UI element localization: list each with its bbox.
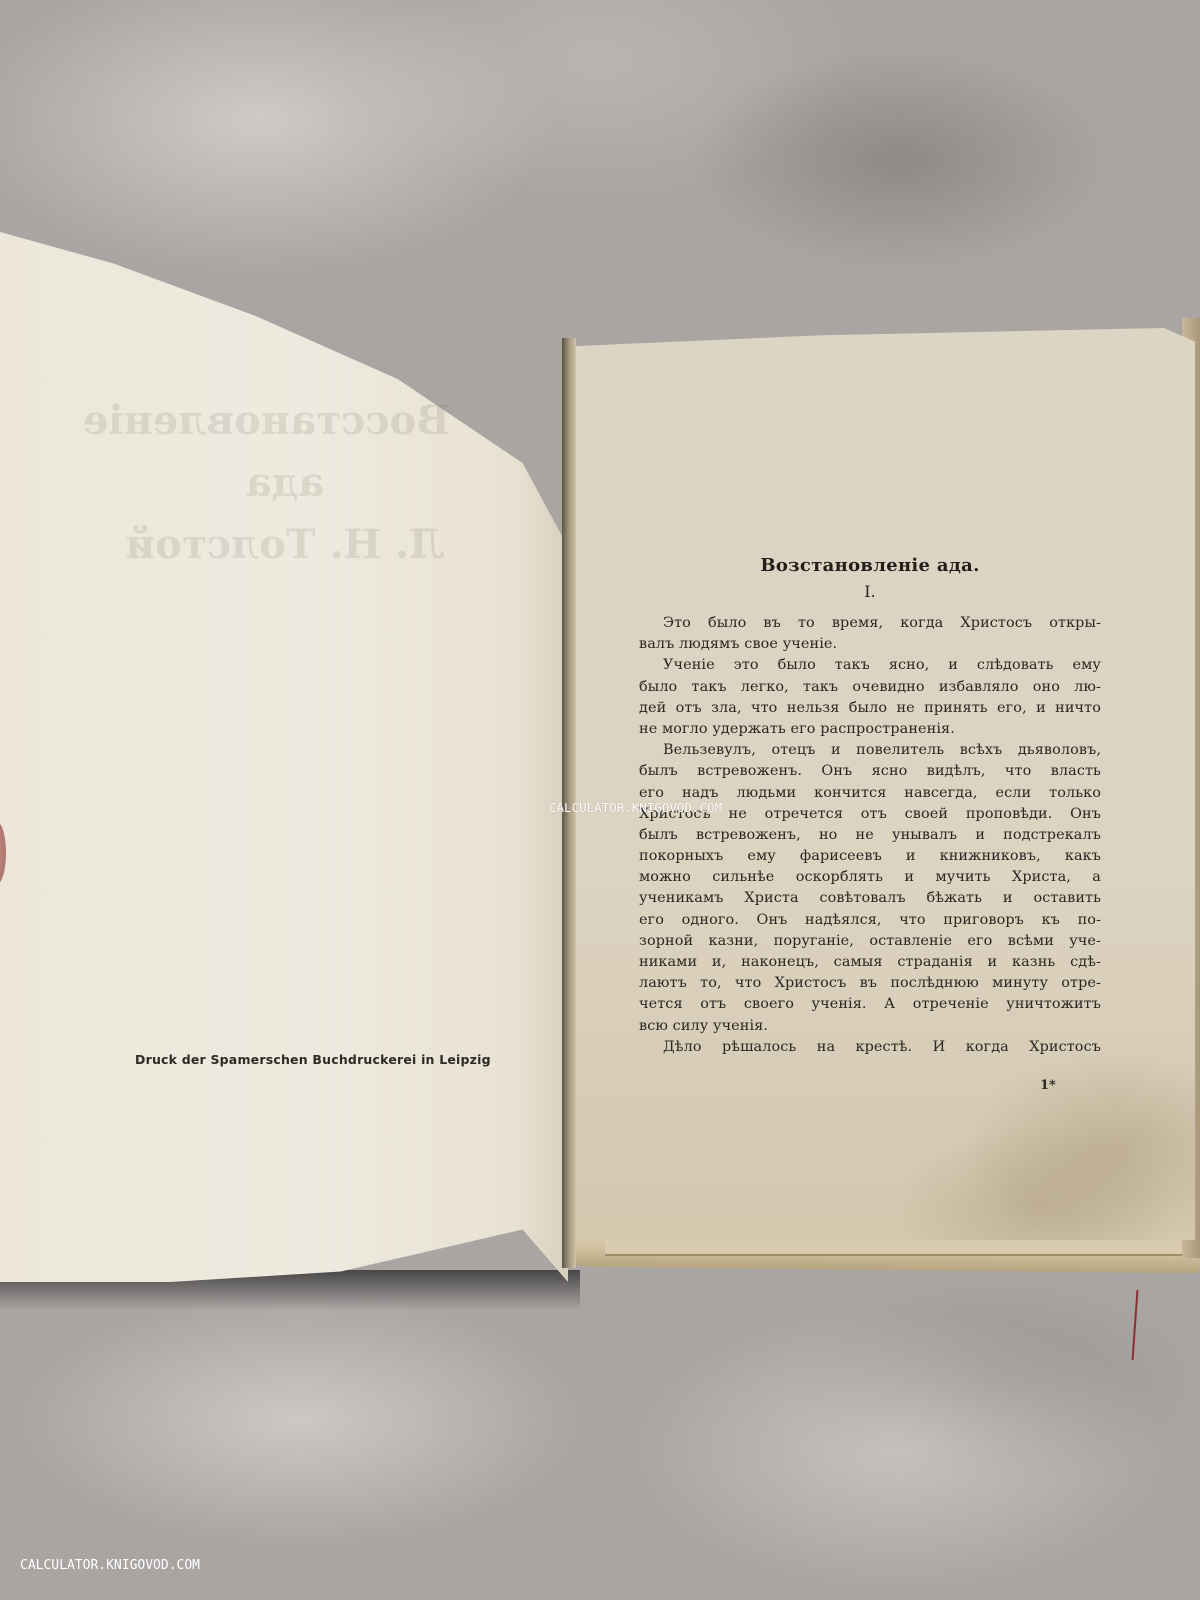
text-line: всю силу ученiя. — [639, 1016, 1101, 1037]
text-line: было такъ легко, такъ очевидно избавляло… — [639, 677, 1101, 698]
text-line: Это было въ то время, когда Христосъ отк… — [639, 613, 1101, 634]
text-line: валъ людямъ свое ученiе. — [639, 634, 1101, 655]
text-line: никами и, наконецъ, самыя страданiя и ка… — [639, 952, 1101, 973]
left-page — [0, 232, 568, 1282]
text-line: Вельзевулъ, отецъ и повелитель всѣхъ дья… — [639, 740, 1101, 761]
text-line: былъ встревоженъ. Онъ ясно видѣлъ, что в… — [639, 761, 1101, 782]
text-line: былъ встревоженъ, но не унывалъ и подстр… — [639, 825, 1101, 846]
loose-sheet — [605, 1240, 1200, 1256]
printer-imprint: Druck der Spamerschen Buchdruckerei in L… — [135, 1052, 465, 1067]
text-line: ученикамъ Христа совѣтовалъ бѣжать и ост… — [639, 888, 1101, 909]
text-line: дей отъ зла, что нельзя было не принять … — [639, 698, 1101, 719]
watermark-bottom: CALCULATOR.KNIGOVOD.COM — [20, 1558, 200, 1573]
text-line: его одного. Онъ надѣялся, что приговоръ … — [639, 910, 1101, 931]
text-line: зорной казни, поруганiе, оставленiе его … — [639, 931, 1101, 952]
text-line: Ученiе это было такъ ясно, и слѣдовать е… — [639, 655, 1101, 676]
text-line: можно сильнѣе оскорблять и мучить Христа… — [639, 867, 1101, 888]
watermark-center: CALCULATOR.KNIGOVOD.COM — [549, 800, 722, 815]
section-number: I. — [639, 582, 1101, 601]
chapter-title: Возстановленiе ада. — [639, 555, 1101, 576]
text-line: покорныхъ ему фарисеевъ и книжниковъ, ка… — [639, 846, 1101, 867]
page-signature: 1* — [1040, 1078, 1056, 1093]
text-line: лаютъ то, что Христосъ въ послѣднюю мину… — [639, 973, 1101, 994]
text-line: не могло удержать его распространенiя. — [639, 719, 1101, 740]
text-line: Дѣло рѣшалось на крестѣ. И когда Христос… — [639, 1037, 1101, 1058]
bookmark-thread — [1132, 1290, 1139, 1360]
text-line: чется отъ своего ученiя. А отреченiе уни… — [639, 994, 1101, 1015]
